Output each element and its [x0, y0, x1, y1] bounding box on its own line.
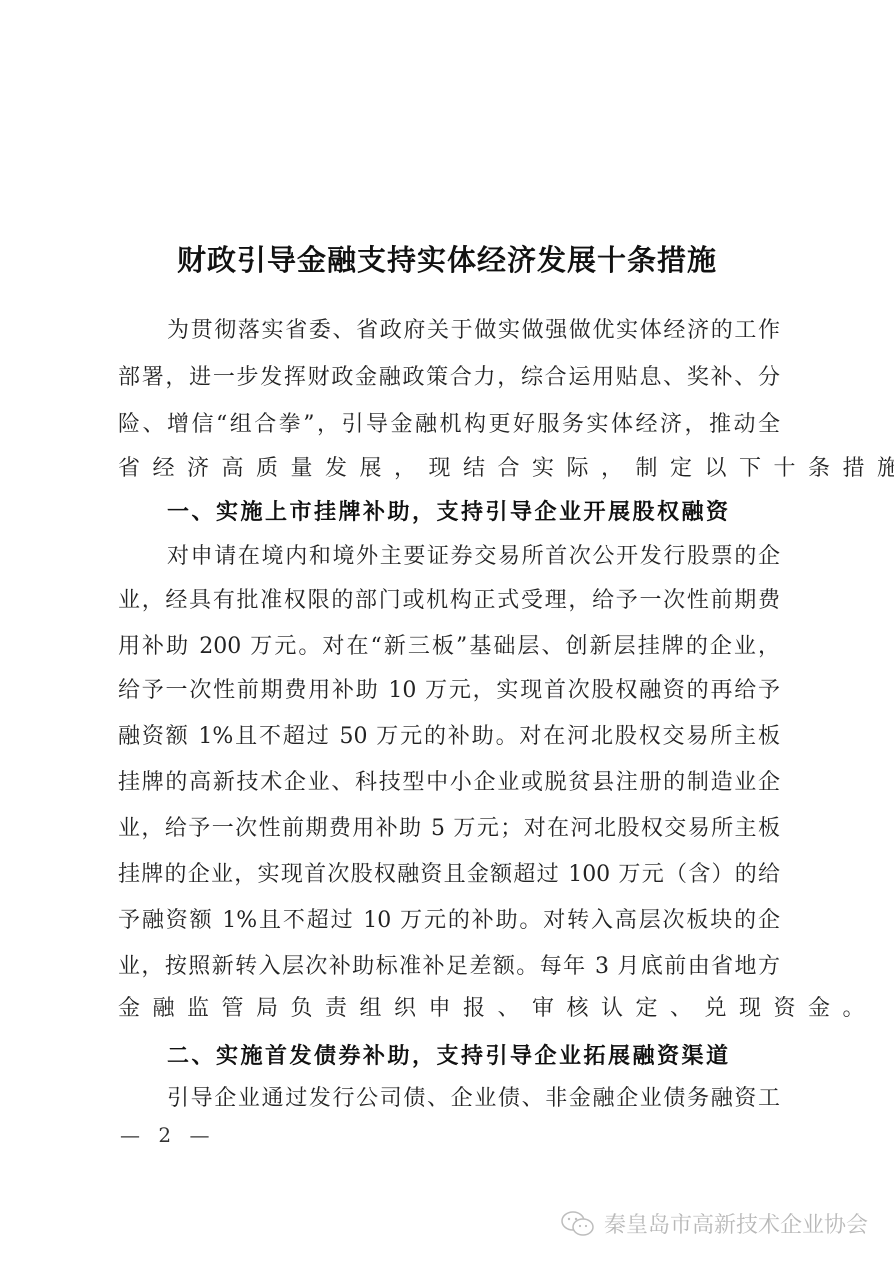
section-heading-1: 一、实施上市挂牌补助，支持引导企业开展股权融资 — [167, 498, 731, 528]
document-page: 财政引导金融支持实体经济发展十条措施 为贯彻落实省委、省政府关于做实做强做优实体… — [0, 0, 894, 1263]
page-number: — 2 — — [120, 1123, 215, 1147]
body-line: 挂牌的高新技术企业、科技型中小企业或脱贫县注册的制造业企 — [118, 768, 780, 798]
intro-line: 为贯彻落实省委、省政府关于做实做强做优实体经济的工作 — [167, 316, 780, 346]
body-line: 用补助 200 万元。对在“新三板”基础层、创新层挂牌的企业， — [118, 632, 780, 662]
body-line: 给予一次性前期费用补助 10 万元，实现首次股权融资的再给予 — [118, 676, 780, 706]
intro-line: 省经济高质量发展，现结合实际，制定以下十条措施： — [118, 454, 780, 484]
intro-line: 部署，进一步发挥财政金融政策合力，综合运用贴息、奖补、分 — [118, 363, 780, 393]
wechat-icon — [560, 1210, 596, 1238]
body-line: 金融监管局负责组织申报、审核认定、兑现资金。 — [118, 994, 780, 1024]
body-line: 予融资额 1%且不超过 10 万元的补助。对转入高层次板块的企 — [118, 906, 780, 936]
document-title: 财政引导金融支持实体经济发展十条措施 — [0, 238, 894, 279]
watermark: 秦皇岛市高新技术企业协会 — [560, 1208, 868, 1239]
body-line: 对申请在境内和境外主要证券交易所首次公开发行股票的企 — [167, 542, 780, 572]
body-line: 业，给予一次性前期费用补助 5 万元；对在河北股权交易所主板 — [118, 814, 780, 844]
watermark-text: 秦皇岛市高新技术企业协会 — [604, 1208, 868, 1239]
section-heading-2: 二、实施首发债券补助，支持引导企业拓展融资渠道 — [167, 1042, 731, 1072]
body-line: 融资额 1%且不超过 50 万元的补助。对在河北股权交易所主板 — [118, 722, 780, 752]
body-line: 引导企业通过发行公司债、企业债、非金融企业债务融资工 — [167, 1084, 780, 1114]
body-line: 业，经具有批准权限的部门或机构正式受理，给予一次性前期费 — [118, 586, 780, 616]
intro-line: 险、增信“组合拳”，引导金融机构更好服务实体经济，推动全 — [118, 410, 780, 440]
body-line: 挂牌的企业，实现首次股权融资且金额超过 100 万元（含）的给 — [118, 860, 780, 890]
body-line: 业，按照新转入层次补助标准补足差额。每年 3 月底前由省地方 — [118, 952, 780, 982]
